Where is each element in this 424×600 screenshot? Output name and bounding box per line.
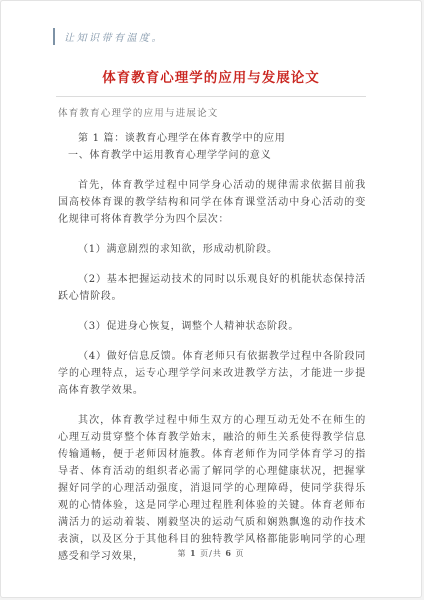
section-subheading: 一、体育教学中运用教育心理学学问的意义	[58, 147, 366, 164]
document-subtitle: 体育教育心理学的应用与进展论文	[58, 105, 364, 119]
document-page: 让知识带有温度。 体育教育心理学的应用与发展论文 体育教育心理学的应用与进展论文…	[0, 0, 422, 598]
paragraph: 首先，体育教学过程中同学身心活动的规律需求依据目前我国高校体育课的教学结构和同学…	[58, 177, 366, 228]
list-item-2: （2）基本把握运动技术的同时以乐观良好的机能状态保持活跃心情阶段。	[58, 271, 366, 305]
section-heading: 第 1 篇：谈教育心理学在体育教学中的应用	[58, 130, 366, 147]
footer-suffix: 页	[236, 549, 245, 558]
footer-mid: 页/共	[200, 549, 222, 558]
list-item-3: （3）促进身心恢复，调整个人精神状态阶段。	[58, 318, 366, 335]
current-page-number: 1	[190, 548, 197, 558]
paragraph: 其次，体育教学过程中师生双方的心理互动无处不在师生的心理互动贯穿整个体育教学始末…	[58, 412, 366, 565]
total-page-number: 6	[225, 548, 232, 558]
list-item-1: （1）满意剧烈的求知欲，形成动机阶段。	[58, 241, 366, 258]
title-divider	[56, 96, 366, 97]
document-body: 第 1 篇：谈教育心理学在体育教学中的应用 一、体育教学中运用教育心理学学问的意…	[58, 130, 366, 565]
list-item-4: （4）做好信息反馈。体育老师只有依据教学过程中各阶段同学的心理特点，运专心理学学…	[58, 348, 366, 399]
document-title: 体育教育心理学的应用与发展论文	[1, 66, 421, 86]
header-note-text: 让知识带有温度。	[64, 29, 164, 44]
footer-prefix: 第	[177, 549, 186, 558]
header-note: 让知识带有温度。	[53, 28, 421, 45]
header-note-bar	[53, 28, 55, 45]
page-footer: 第 1 页/共 6 页	[1, 548, 421, 559]
